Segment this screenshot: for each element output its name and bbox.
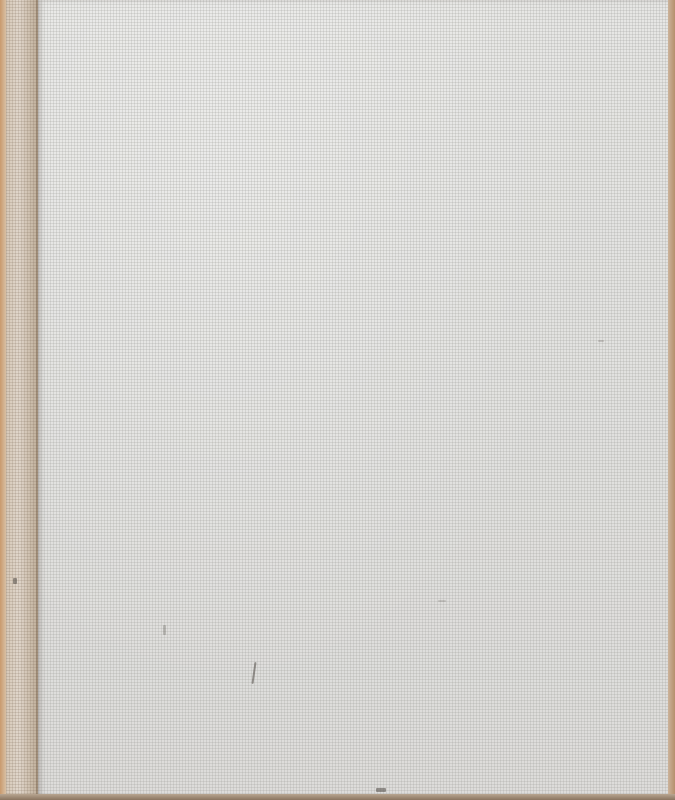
- spine-mark: [13, 578, 17, 584]
- fiber-fleck: [598, 340, 604, 342]
- linen-front-cover: [38, 0, 668, 800]
- fiber-fleck: [163, 625, 166, 635]
- fiber-fleck: [251, 662, 256, 684]
- book-spine: [6, 0, 38, 800]
- board-edge-bottom: [0, 794, 675, 800]
- book-cover-photo: [0, 0, 675, 800]
- board-edge-right: [668, 0, 675, 800]
- fiber-fleck: [376, 788, 386, 792]
- fiber-fleck: [438, 600, 446, 602]
